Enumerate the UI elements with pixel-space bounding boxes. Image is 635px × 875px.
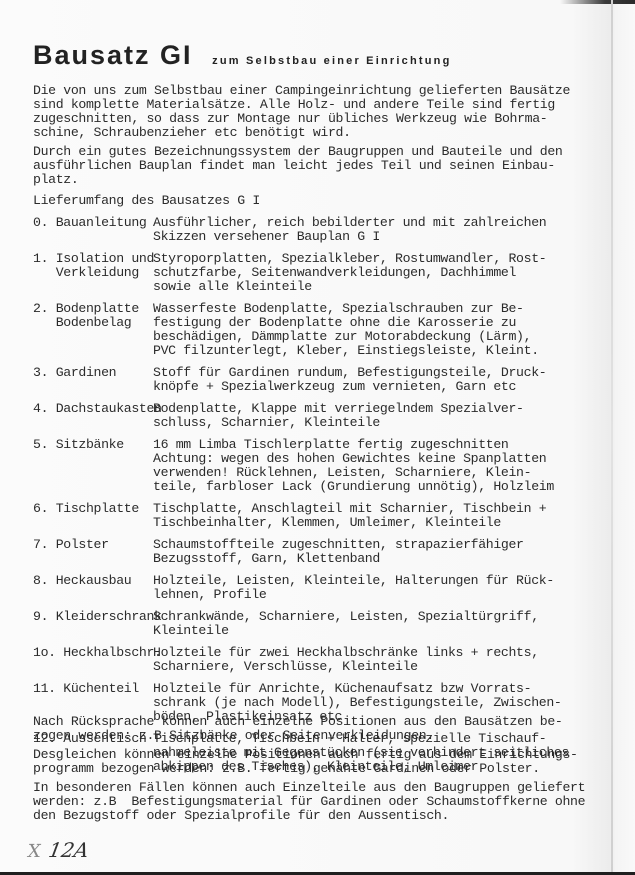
- list-item: 3. Gardinen Stoff für Gardinen rundum, B…: [33, 366, 569, 394]
- handwritten-mark: X: [26, 841, 43, 862]
- list-item: 4. Dachstaukasten Bodenplatte, Klappe mi…: [33, 402, 569, 430]
- item-description: Schrankwände, Scharniere, Leisten, Spezi…: [153, 610, 539, 638]
- list-item: 7. Polster Schaumstoffteile zugeschnitte…: [33, 538, 569, 566]
- list-item: 1. Isolation und Verkleidung Styroporpla…: [33, 252, 569, 294]
- list-item: 9. Kleiderschrank Schrankwände, Scharnie…: [33, 610, 569, 638]
- list-item: 6. Tischplatte Tischplatte, Anschlagteil…: [33, 502, 569, 530]
- item-description: Styroporplatten, Spezialkleber, Rostumwa…: [153, 252, 546, 294]
- item-label: 0. Bauanleitung: [33, 216, 153, 244]
- page-heading: Bausatz GI zum Selbstbau einer Einrichtu…: [33, 40, 452, 71]
- item-label: 3. Gardinen: [33, 366, 153, 394]
- parts-list: 0. Bauanleitung Ausführlicher, reich beb…: [33, 216, 569, 782]
- item-label: 6. Tischplatte: [33, 502, 153, 530]
- item-description: Holzteile für zwei Heckhalbschränke link…: [153, 646, 539, 674]
- item-description: Tischplatte, Anschlagteil mit Scharnier,…: [153, 502, 546, 530]
- list-item: 1o. Heckhalbschr. Holzteile für zwei Hec…: [33, 646, 569, 674]
- outro-paragraph-3: In besonderen Fällen können auch Einzelt…: [33, 781, 585, 823]
- item-label: 7. Polster: [33, 538, 153, 566]
- handwritten-annotation: X12A: [26, 838, 91, 862]
- list-item: 5. Sitzbänke 16 mm Limba Tischlerplatte …: [33, 438, 569, 494]
- item-label: 5. Sitzbänke: [33, 438, 153, 494]
- item-label: 2. Bodenplatte Bodenbelag: [33, 302, 153, 358]
- scan-edge-top: [560, 0, 635, 4]
- intro-paragraph-1: Die von uns zum Selbstbau einer Campinge…: [33, 84, 570, 140]
- list-item: 0. Bauanleitung Ausführlicher, reich beb…: [33, 216, 569, 244]
- item-label: 1o. Heckhalbschr.: [33, 646, 153, 674]
- list-item: 8. Heckausbau Holzteile, Leisten, Kleint…: [33, 574, 569, 602]
- item-label: 9. Kleiderschrank: [33, 610, 153, 638]
- item-description: Schaumstoffteile zugeschnitten, strapazi…: [153, 538, 524, 566]
- item-description: 16 mm Limba Tischlerplatte fertig zugesc…: [153, 438, 554, 494]
- list-heading: Lieferumfang des Bausatzes G I: [33, 194, 260, 208]
- item-description: Wasserfeste Bodenplatte, Spezialschraube…: [153, 302, 539, 358]
- handwritten-number: 12A: [47, 838, 91, 862]
- heading-subtitle: zum Selbstbau einer Einrichtung: [212, 55, 451, 67]
- item-description: Stoff für Gardinen rundum, Befestigungst…: [153, 366, 546, 394]
- item-label: 4. Dachstaukasten: [33, 402, 153, 430]
- item-label: 8. Heckausbau: [33, 574, 153, 602]
- list-item: 2. Bodenplatte Bodenbelag Wasserfeste Bo…: [33, 302, 569, 358]
- item-description: Bodenplatte, Klappe mit verriegelndem Sp…: [153, 402, 524, 430]
- item-description: Holzteile, Leisten, Kleinteile, Halterun…: [153, 574, 554, 602]
- item-description: Ausführlicher, reich bebilderter und mit…: [153, 216, 546, 244]
- heading-title: Bausatz GI: [33, 40, 193, 70]
- outro-paragraph-2: Desgleichen können einzelne Positionen a…: [33, 748, 578, 776]
- outro-paragraph-1: Nach Rücksprache können auch einzelne Po…: [33, 715, 562, 743]
- intro-paragraph-2: Durch ein gutes Bezeichnungssystem der B…: [33, 145, 562, 187]
- item-label: 1. Isolation und Verkleidung: [33, 252, 153, 294]
- page-fold: [611, 0, 613, 875]
